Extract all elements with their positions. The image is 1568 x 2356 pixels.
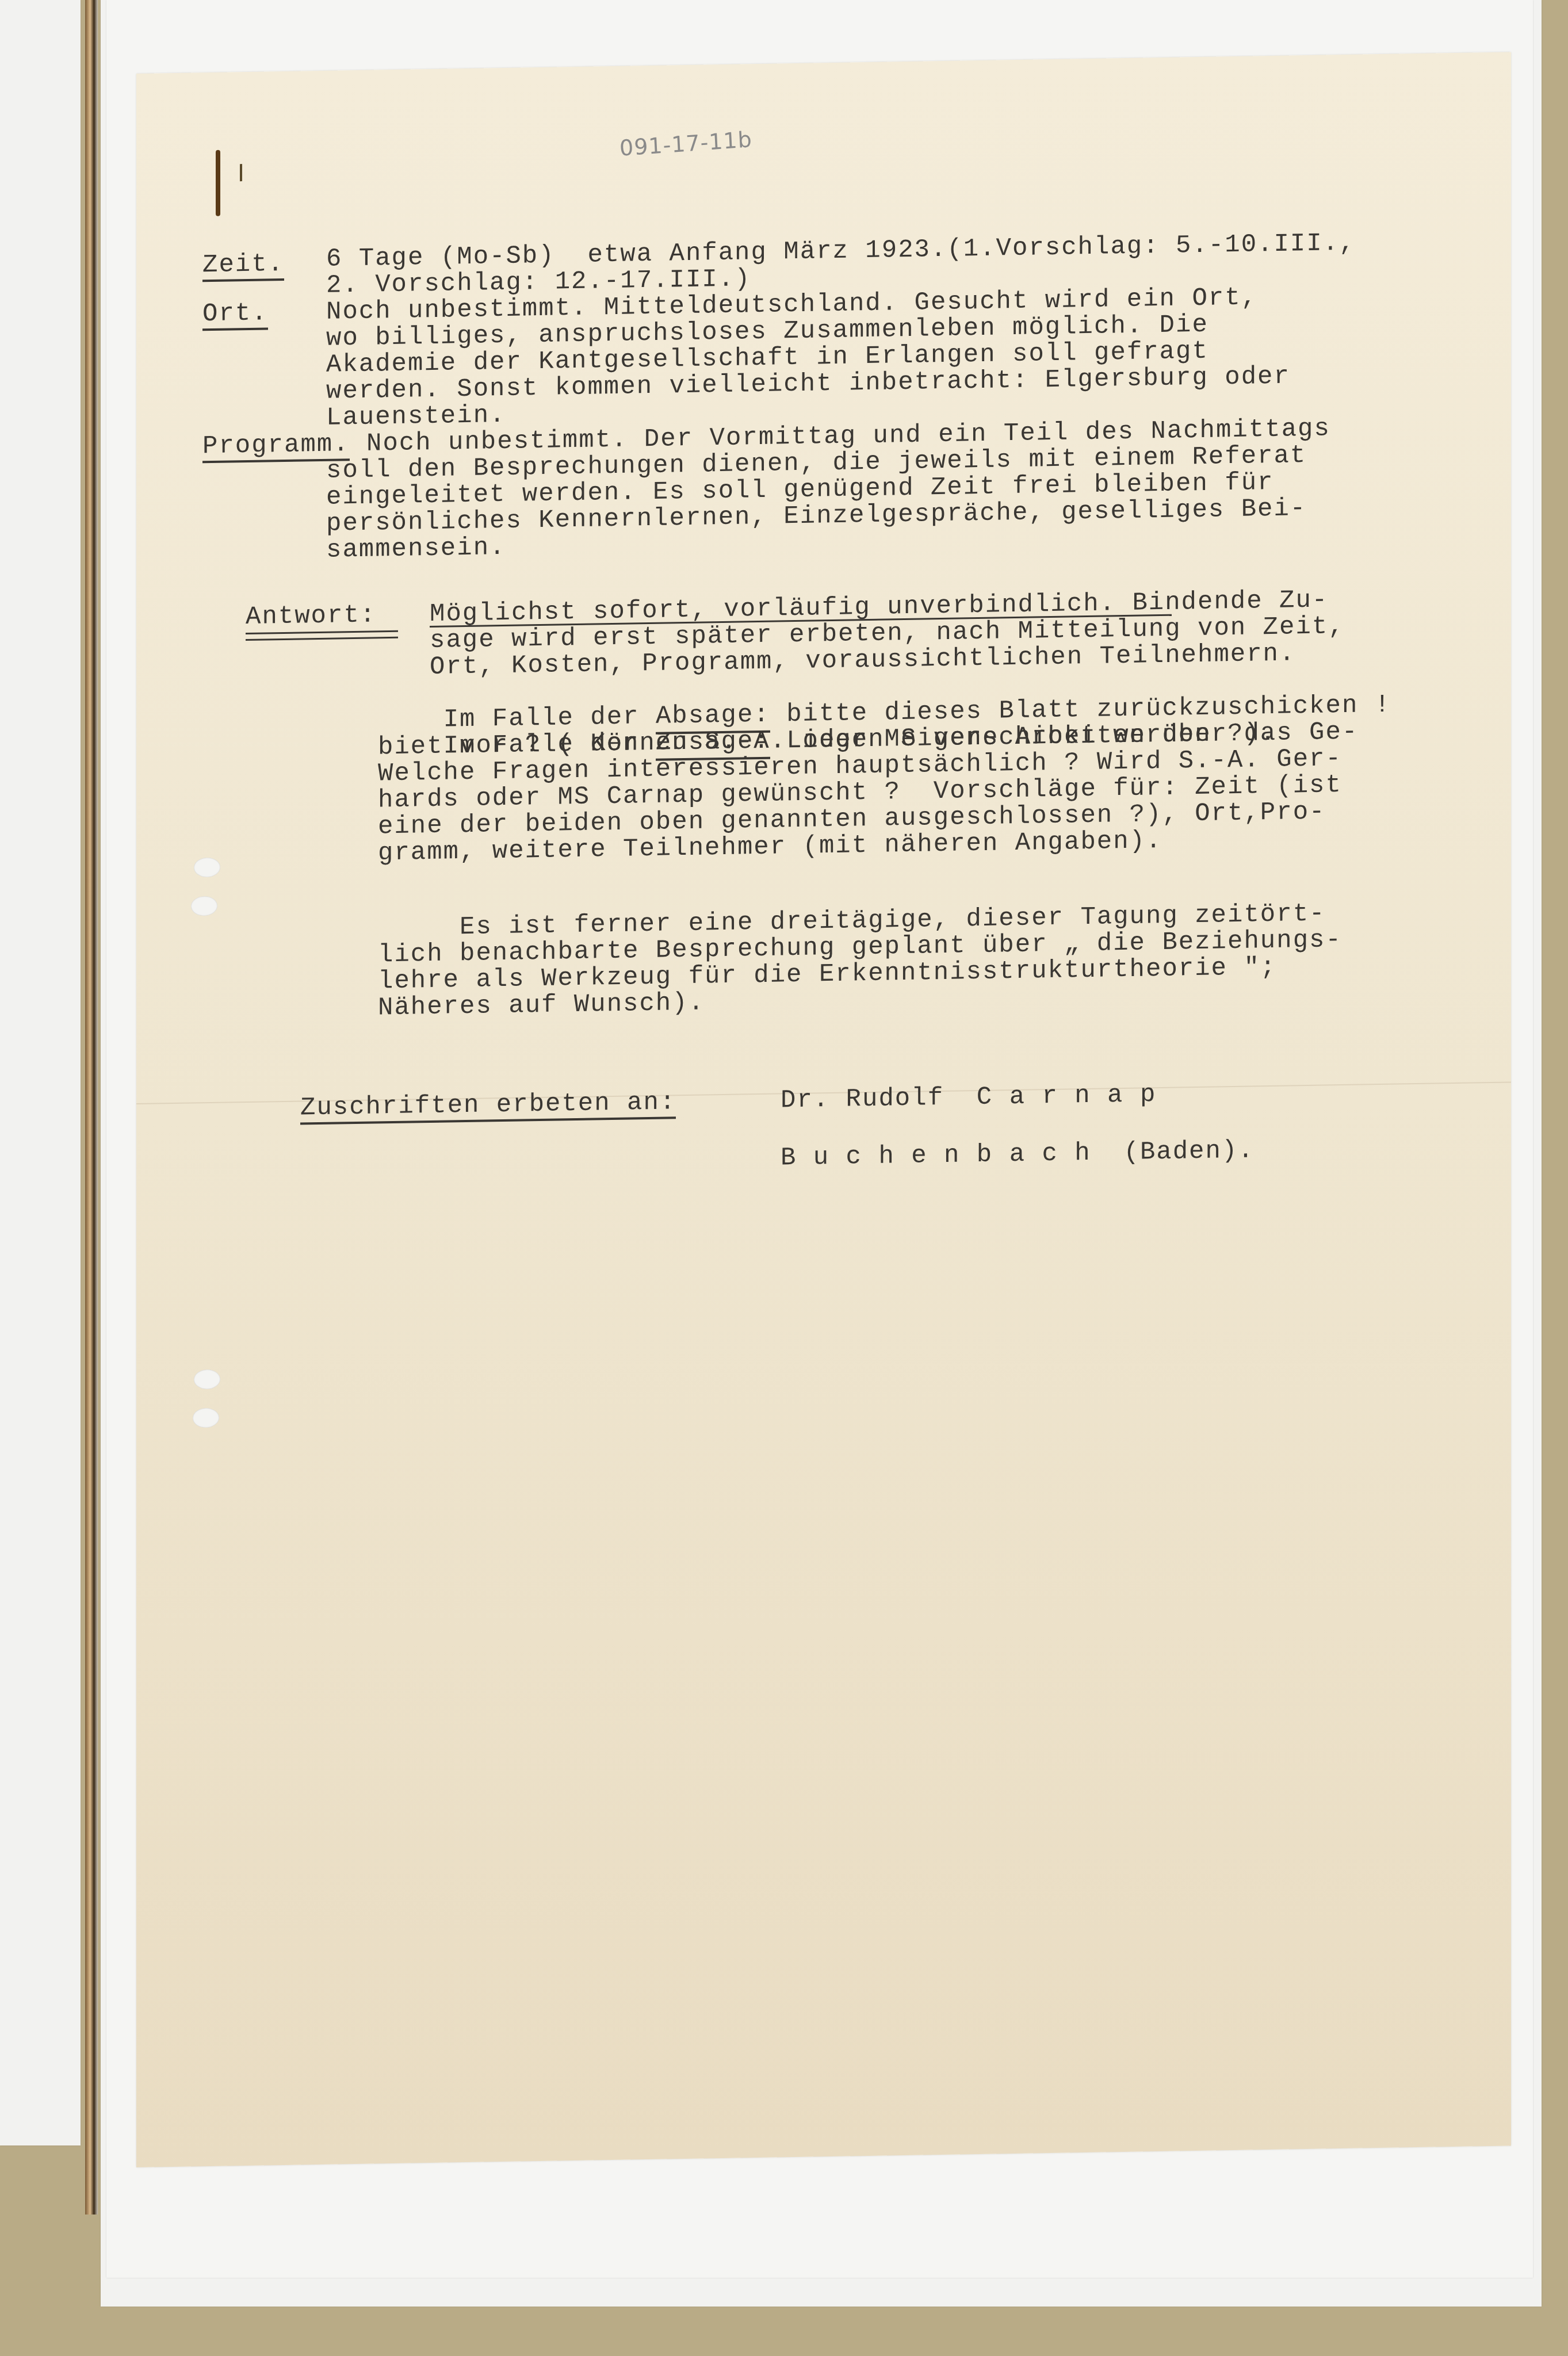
sender-place: B u c h e n b a c h (Baden).: [781, 1137, 1255, 1171]
ferner-line-4: Näheres auf Wunsch).: [378, 989, 705, 1021]
staple-rust-mark: [216, 150, 220, 216]
label-zuschriften: Zuschriften erbeten an:: [300, 1089, 676, 1125]
programm-line-5: sammensein.: [326, 534, 506, 564]
label-zeit: Zeit.: [202, 251, 284, 282]
document-page: 091-17-11b Zeit. 6 Tage (Mo-Sb) etwa Anf…: [136, 52, 1511, 2167]
ort-line-5: Lauenstein.: [326, 402, 506, 431]
backing-sheet-left: [0, 0, 81, 2145]
binder-edge: [85, 0, 98, 2215]
archive-number: 091-17-11b: [619, 127, 753, 161]
label-ort: Ort.: [202, 300, 268, 331]
label-antwort: Antwort:: [246, 602, 376, 630]
punch-hole: [191, 896, 217, 916]
punch-hole: [194, 1370, 220, 1390]
antwort-double-underline: [246, 630, 398, 641]
punch-hole: [193, 1408, 219, 1428]
staple-rust-mark: [240, 164, 242, 181]
sender-name: Dr. Rudolf C a r n a p: [781, 1081, 1156, 1114]
zeit-line-1: 6 Tage (Mo-Sb) etwa Anfang März 1923.(1.…: [326, 230, 1355, 273]
punch-hole: [194, 858, 220, 878]
